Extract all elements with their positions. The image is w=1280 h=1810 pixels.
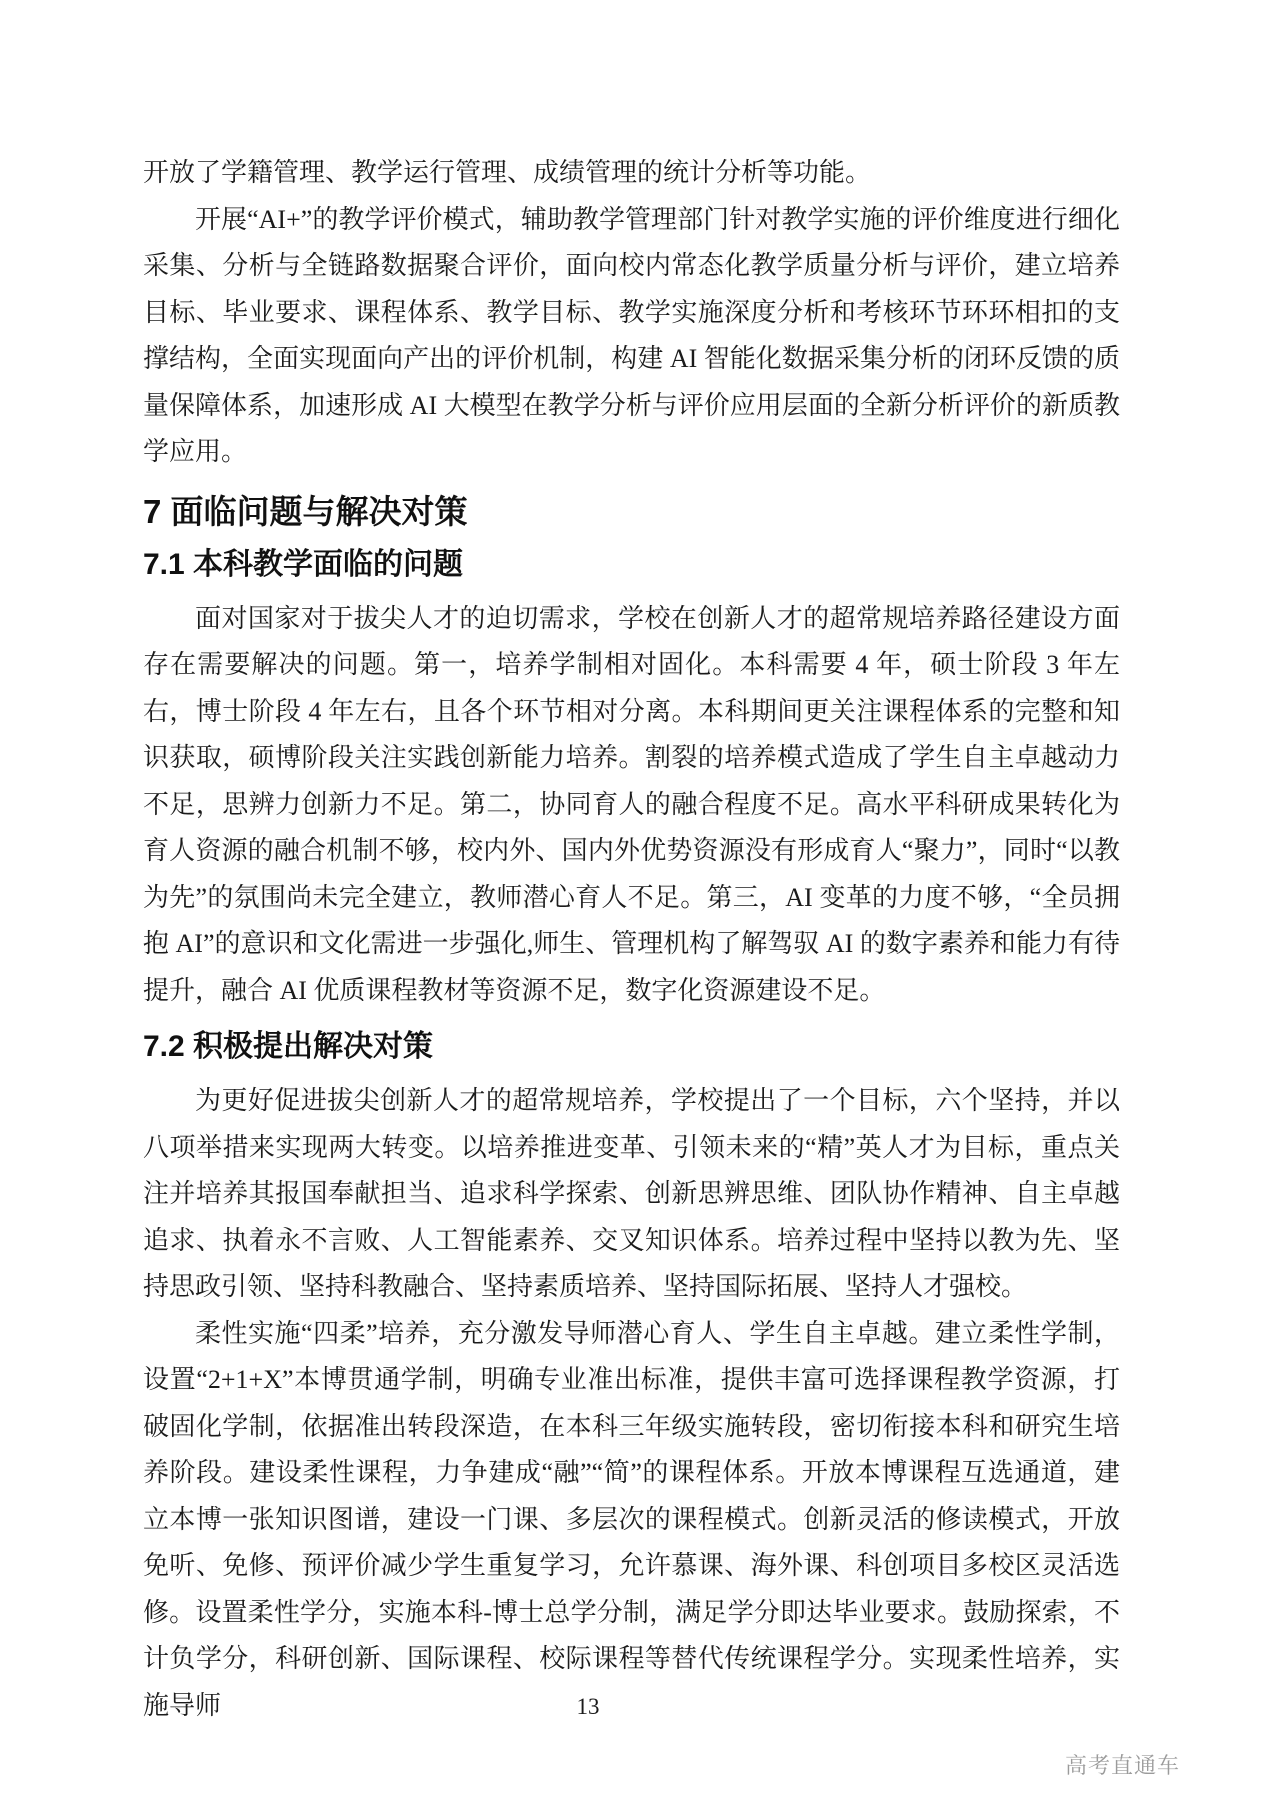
document-body: 开放了学籍管理、教学运行管理、成绩管理的统计分析等功能。 开展“AI+”的教学评…: [143, 150, 1120, 1729]
section-heading-7: 7 面临问题与解决对策: [143, 492, 1120, 532]
subsection-heading-7-1: 7.1 本科教学面临的问题: [143, 546, 1120, 584]
paragraph-goals-and-persistence: 为更好促进拔尖创新人才的超常规培养，学校提出了一个目标，六个坚持，并以八项举措来…: [143, 1078, 1120, 1311]
paragraph-problems: 面对国家对于拔尖人才的迫切需求，学校在创新人才的超常规培养路径建设方面存在需要解…: [143, 596, 1120, 1015]
document-page: 开放了学籍管理、教学运行管理、成绩管理的统计分析等功能。 开展“AI+”的教学评…: [0, 0, 1280, 1810]
page-number: 13: [0, 1694, 1176, 1720]
paragraph-flexible-cultivation: 柔性实施“四柔”培养，充分激发导师潜心育人、学生自主卓越。建立柔性学制，设置“2…: [143, 1311, 1120, 1730]
paragraph-ai-evaluation: 开展“AI+”的教学评价模式，辅助教学管理部门针对教学实施的评价维度进行细化采集…: [143, 197, 1120, 476]
paragraph-intro-continuation: 开放了学籍管理、教学运行管理、成绩管理的统计分析等功能。: [143, 150, 1120, 197]
subsection-heading-7-2: 7.2 积极提出解决对策: [143, 1028, 1120, 1066]
watermark-text: 高考直通车: [1065, 1749, 1180, 1780]
